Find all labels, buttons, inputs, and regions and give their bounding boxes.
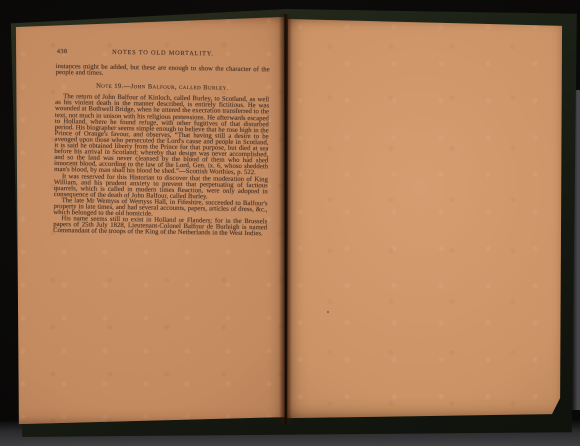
note-heading: Note 19.—John Balfour, called Burley.	[55, 83, 269, 92]
page-number: 438	[57, 49, 68, 55]
note-paragraph-4: His name seems still to exist in Holland…	[53, 216, 267, 238]
note-paragraph-1: The return of John Balfour of Kinloch, c…	[54, 94, 269, 177]
book-photo: 438 NOTES TO OLD MORTALITY. instances mi…	[0, 0, 580, 446]
paper-speck	[327, 311, 329, 313]
right-page	[286, 17, 566, 421]
gutter-shadow	[279, 14, 292, 424]
intro-paragraph: instances might be added, but these are …	[56, 64, 270, 80]
page-text: 438 NOTES TO OLD MORTALITY. instances mi…	[53, 49, 270, 238]
